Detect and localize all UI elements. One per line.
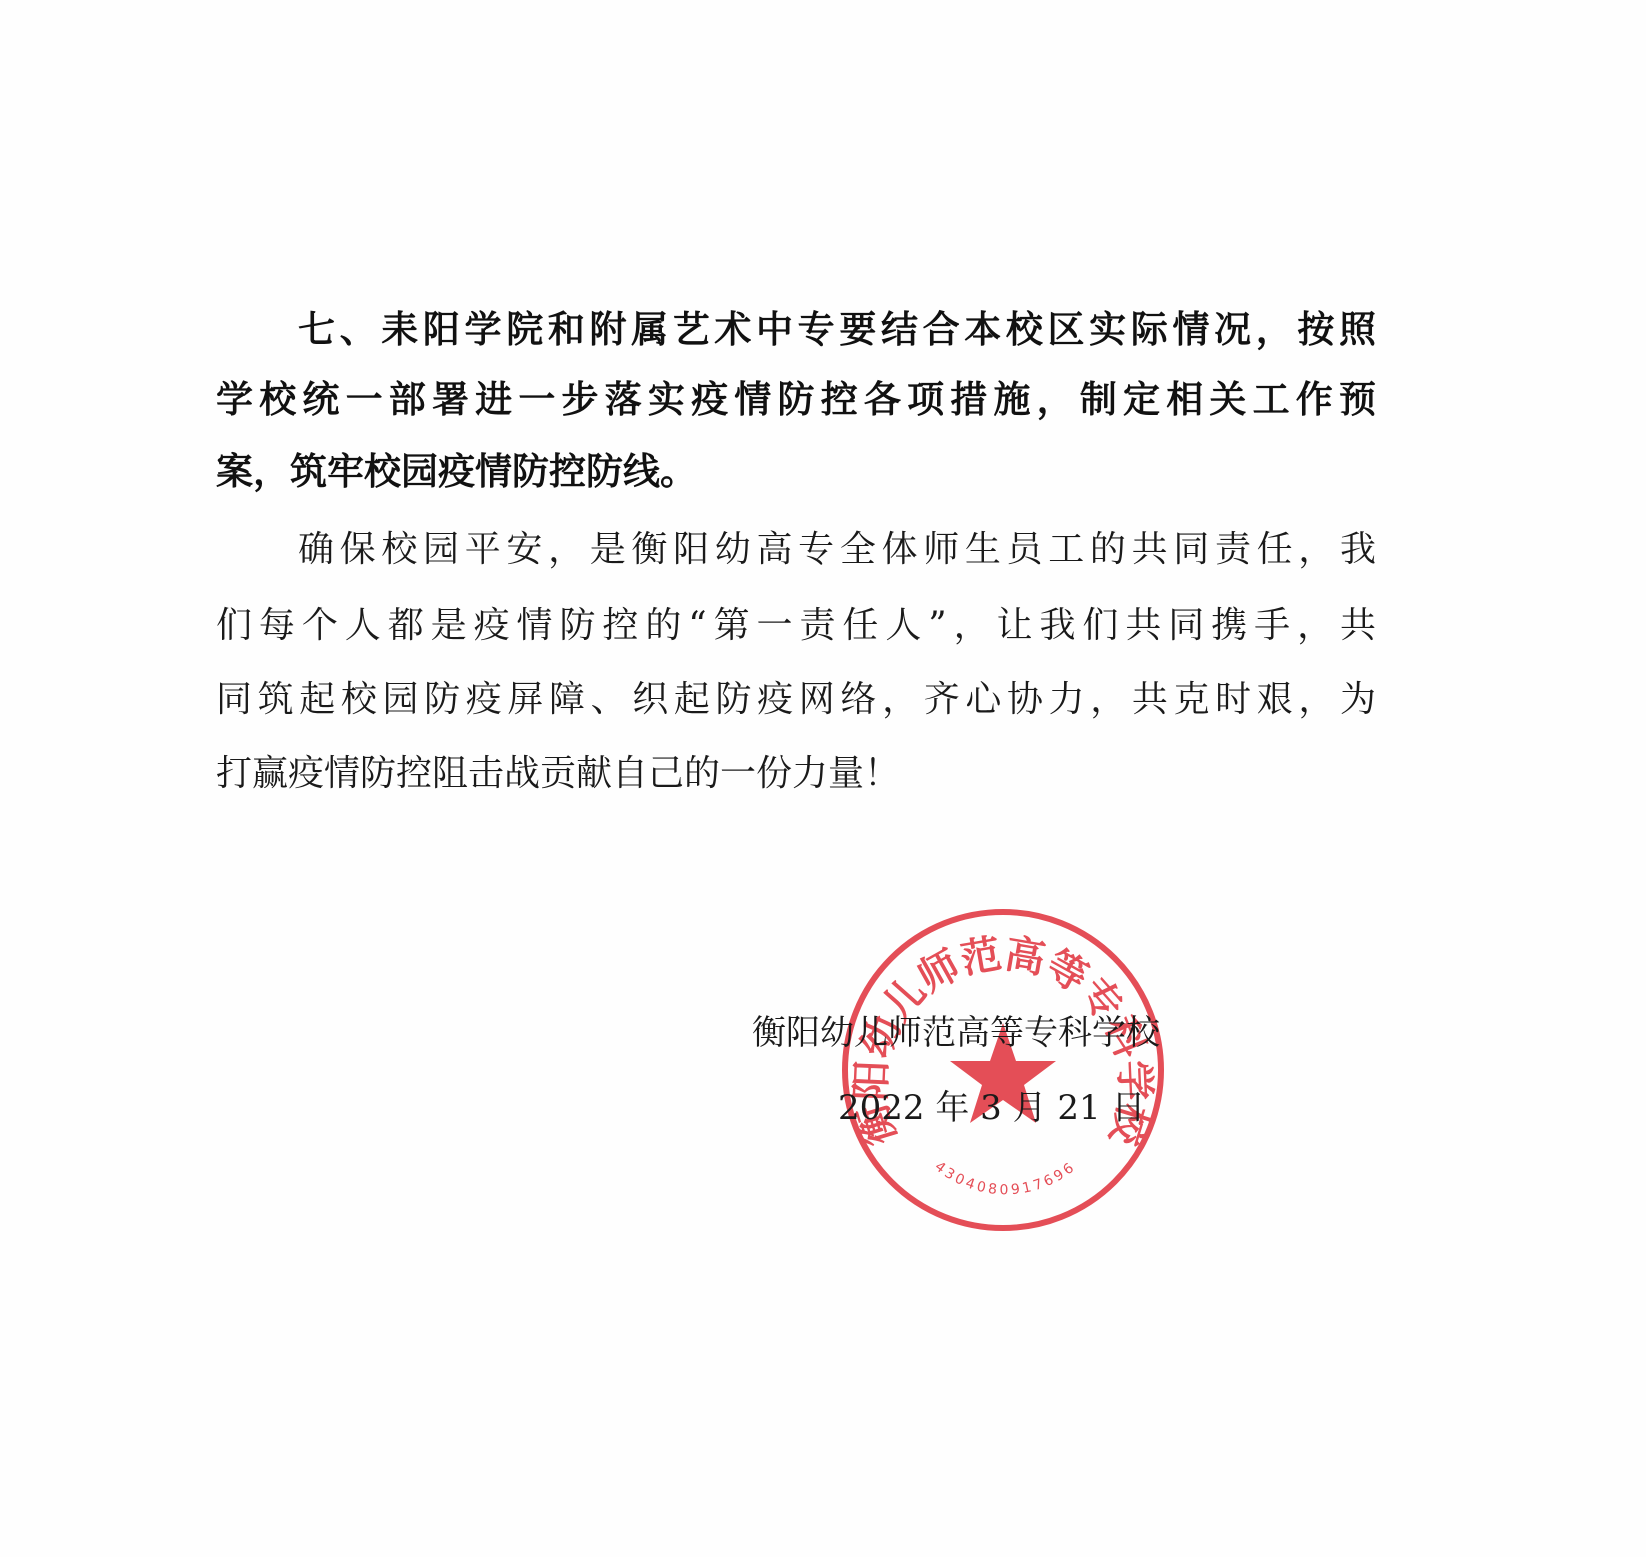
closing-paragraph-line-2: 们每个人都是疫情防控的“第一责任人”，让我们共同携手，共 <box>216 596 1376 656</box>
closing-paragraph-line-4: 打赢疫情防控阻击战贡献自己的一份力量！ <box>216 744 1376 804</box>
official-seal-icon: 衡阳幼儿师范高等专科学校 4304080917696 <box>838 905 1168 1235</box>
closing-paragraph-line-1: 确保校园平安，是衡阳幼高专全体师生员工的共同责任，我 <box>298 520 1376 580</box>
section-seven-line-1: 七、耒阳学院和附属艺术中专要结合本校区实际情况，按照 <box>298 300 1376 360</box>
svg-text:4304080917696: 4304080917696 <box>932 1159 1080 1199</box>
section-seven-line-2: 学校统一部署进一步落实疫情防控各项措施，制定相关工作预 <box>216 370 1376 430</box>
section-seven-line-3: 案，筑牢校园疫情防控防线。 <box>216 442 1376 502</box>
signature-date: 2022 年 3 月 21 日 <box>838 1080 1145 1129</box>
closing-paragraph-line-3: 同筑起校园防疫屏障、织起防疫网络，齐心协力，共克时艰，为 <box>216 670 1376 730</box>
signature-organization: 衡阳幼儿师范高等专科学校 <box>752 1005 1160 1054</box>
document-page: 七、耒阳学院和附属艺术中专要结合本校区实际情况，按照 学校统一部署进一步落实疫情… <box>0 0 1646 1557</box>
